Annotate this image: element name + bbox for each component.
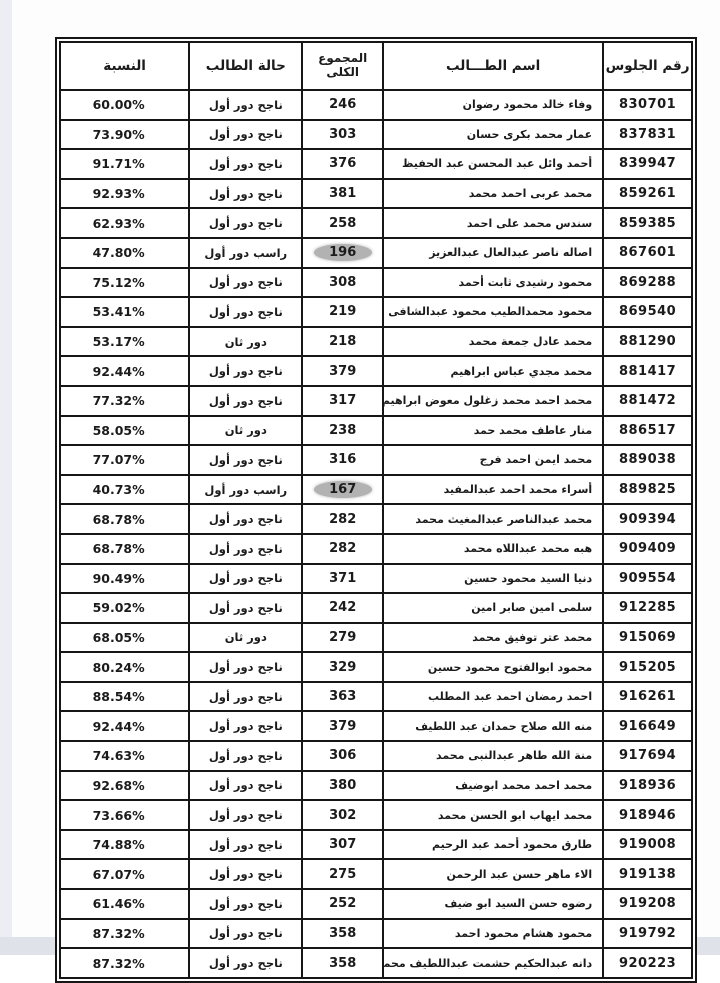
student-name-cell: دنيا السيد محمود حسين <box>383 564 603 594</box>
seat-cell: 889038 <box>603 445 692 475</box>
percent-cell: 53.41% <box>60 297 189 327</box>
results-table-header: رقم الجلوس اسم الطـــالب المجموع الكلى ح… <box>60 42 692 90</box>
seat-cell: 919008 <box>603 830 692 860</box>
percent-sign: % <box>132 186 145 201</box>
percent-cell: 73.66% <box>60 800 189 830</box>
status-cell: ناجح دور أول <box>189 593 302 623</box>
student-name-cell: محمد ايمن احمد فرج <box>383 445 603 475</box>
percent-value: 91.71 <box>93 156 133 171</box>
percent-value: 73.66 <box>93 808 133 823</box>
total-value: 252 <box>323 896 363 911</box>
student-name-cell: عمار محمد بكرى حسان <box>383 120 603 150</box>
percent-value: 67.07 <box>93 867 133 882</box>
status-cell: ناجح دور أول <box>189 208 302 238</box>
percent-value: 80.24 <box>93 660 133 675</box>
percent-cell: 67.07% <box>60 859 189 889</box>
percent-cell: 88.54% <box>60 682 189 712</box>
percent-cell: 74.63% <box>60 741 189 771</box>
percent-sign: % <box>132 689 145 704</box>
total-value: 219 <box>323 304 363 319</box>
percent-cell: 53.17% <box>60 327 189 357</box>
percent-cell: 87.32% <box>60 948 189 955</box>
results-tbody: 830701 وفاء خالد محمود رضوان 246 ناجح دو… <box>60 90 692 955</box>
student-name-cell: محمد احمد محمد ابوضيف <box>383 771 603 801</box>
header-total-line2: الكلى <box>326 65 359 79</box>
total-cell: 302 <box>302 800 383 830</box>
status-cell: ناجح دور أول <box>189 356 302 386</box>
percent-cell: 68.78% <box>60 504 189 534</box>
result-row: 859385 سندس محمد على احمد 258 ناجح دور أ… <box>60 208 692 238</box>
percent-value: 92.44 <box>93 719 133 734</box>
seat-cell: 915205 <box>603 652 692 682</box>
total-value: 358 <box>323 926 363 941</box>
student-name-cell: محمد مجدي عباس ابراهيم <box>383 356 603 386</box>
total-value: 196 <box>314 244 372 261</box>
total-cell: 306 <box>302 741 383 771</box>
status-cell: ناجح دور أول <box>189 120 302 150</box>
percent-value: 87.32 <box>93 926 133 941</box>
seat-cell: 837831 <box>603 120 692 150</box>
student-name-cell: محمود رشيدى ثابت أحمد <box>383 268 603 298</box>
student-name-cell: محمود ابوالفتوح محمود حسين <box>383 652 603 682</box>
result-row: 909554 دنيا السيد محمود حسين 371 ناجح دو… <box>60 564 692 594</box>
percent-cell: 87.32% <box>60 919 189 949</box>
result-row: 837831 عمار محمد بكرى حسان 303 ناجح دور … <box>60 120 692 150</box>
student-name-cell: سلمى امين صابر امين <box>383 593 603 623</box>
total-value: 258 <box>323 216 363 231</box>
seat-cell: 909554 <box>603 564 692 594</box>
percent-sign: % <box>132 630 145 645</box>
status-cell: دور ثان <box>189 416 302 446</box>
seat-cell: 917694 <box>603 741 692 771</box>
header-row: رقم الجلوس اسم الطـــالب المجموع الكلى ح… <box>60 42 692 90</box>
total-cell: 196 <box>302 238 383 268</box>
status-cell: راسب دور أول <box>189 238 302 268</box>
percent-value: 62.93 <box>93 216 133 231</box>
total-value: 329 <box>323 660 363 675</box>
result-row: 881417 محمد مجدي عباس ابراهيم 379 ناجح د… <box>60 356 692 386</box>
header-total: المجموع الكلى <box>302 42 383 90</box>
percent-value: 53.17 <box>93 334 133 349</box>
seat-cell: 881290 <box>603 327 692 357</box>
percent-sign: % <box>132 778 145 793</box>
percent-value: 92.68 <box>93 778 133 793</box>
percent-value: 60.00 <box>93 97 133 112</box>
total-value: 307 <box>323 837 363 852</box>
percent-value: 61.46 <box>93 896 133 911</box>
total-cell: 381 <box>302 179 383 209</box>
percent-sign: % <box>132 364 145 379</box>
header-student-name: اسم الطـــالب <box>383 42 603 90</box>
header-seat-no: رقم الجلوس <box>603 42 692 90</box>
seat-cell: 869288 <box>603 268 692 298</box>
result-row: 867601 اصاله ناصر عبدالعال عبدالعزيز 196… <box>60 238 692 268</box>
status-cell: ناجح دور أول <box>189 859 302 889</box>
percent-sign: % <box>132 216 145 231</box>
seat-cell: 909409 <box>603 534 692 564</box>
percent-sign: % <box>132 97 145 112</box>
percent-value: 74.63 <box>93 748 133 763</box>
student-name-cell: أسراء محمد احمد عبدالمفيد <box>383 475 603 505</box>
total-cell: 376 <box>302 149 383 179</box>
percent-sign: % <box>132 275 145 290</box>
student-name-cell: دانه عبدالحكيم حشمت عبداللطيف محمد <box>383 948 603 955</box>
result-row: 917694 منة الله طاهر عبدالنبى محمد 306 ن… <box>60 741 692 771</box>
seat-cell: 920223 <box>603 948 692 955</box>
percent-cell: 40.73% <box>60 475 189 505</box>
seat-cell: 839947 <box>603 149 692 179</box>
percent-cell: 92.93% <box>60 179 189 209</box>
total-cell: 275 <box>302 859 383 889</box>
total-cell: 219 <box>302 297 383 327</box>
percent-sign: % <box>132 808 145 823</box>
seat-cell: 859385 <box>603 208 692 238</box>
total-cell: 242 <box>302 593 383 623</box>
percent-value: 73.90 <box>93 127 133 142</box>
status-cell: ناجح دور أول <box>189 711 302 741</box>
result-row: 869540 محمود محمدالطيب محمود عبدالشافى 2… <box>60 297 692 327</box>
status-cell: ناجح دور أول <box>189 682 302 712</box>
seat-cell: 869540 <box>603 297 692 327</box>
status-cell: ناجح دور أول <box>189 830 302 860</box>
percent-sign: % <box>132 304 145 319</box>
percent-cell: 47.80% <box>60 238 189 268</box>
percent-cell: 92.44% <box>60 711 189 741</box>
percent-sign: % <box>132 482 145 497</box>
percent-value: 77.32 <box>93 393 133 408</box>
result-row: 830701 وفاء خالد محمود رضوان 246 ناجح دو… <box>60 90 692 120</box>
total-value: 218 <box>323 334 363 349</box>
seat-cell: 886517 <box>603 416 692 446</box>
percent-sign: % <box>132 512 145 527</box>
percent-cell: 92.44% <box>60 356 189 386</box>
total-value: 316 <box>323 452 363 467</box>
student-name-cell: احمد رمضان احمد عبد المطلب <box>383 682 603 712</box>
percent-value: 90.49 <box>93 571 133 586</box>
percent-sign: % <box>132 245 145 260</box>
status-cell: ناجح دور أول <box>189 948 302 955</box>
student-name-cell: أحمد وائل عبد المحسن عبد الحفيظ <box>383 149 603 179</box>
result-row: 889825 أسراء محمد احمد عبدالمفيد 167 راس… <box>60 475 692 505</box>
total-value: 380 <box>323 778 363 793</box>
result-row: 919792 محمود هشام محمود احمد 358 ناجح دو… <box>60 919 692 949</box>
total-cell: 363 <box>302 682 383 712</box>
total-value: 381 <box>323 186 363 201</box>
total-value: 379 <box>323 364 363 379</box>
result-row: 909409 هبه محمد عبداللاه محمد 282 ناجح د… <box>60 534 692 564</box>
result-row: 919138 الاء ماهر حسن عبد الرحمن 275 ناجح… <box>60 859 692 889</box>
percent-sign: % <box>132 926 145 941</box>
result-row: 839947 أحمد وائل عبد المحسن عبد الحفيظ 3… <box>60 149 692 179</box>
student-name-cell: محمد عربى احمد محمد <box>383 179 603 209</box>
percent-cell: 77.32% <box>60 386 189 416</box>
total-value: 238 <box>323 423 363 438</box>
seat-cell: 912285 <box>603 593 692 623</box>
total-cell: 379 <box>302 356 383 386</box>
total-cell: 218 <box>302 327 383 357</box>
status-cell: ناجح دور أول <box>189 90 302 120</box>
student-name-cell: طارق محمود أحمد عبد الرحيم <box>383 830 603 860</box>
percent-value: 75.12 <box>93 275 133 290</box>
percent-value: 58.05 <box>93 423 133 438</box>
percent-cell: 80.24% <box>60 652 189 682</box>
percent-sign: % <box>132 334 145 349</box>
percent-sign: % <box>132 867 145 882</box>
total-value: 242 <box>323 600 363 615</box>
result-row: 889038 محمد ايمن احمد فرج 316 ناجح دور أ… <box>60 445 692 475</box>
total-value: 363 <box>323 689 363 704</box>
percent-cell: 58.05% <box>60 416 189 446</box>
result-row: 909394 محمد عبدالناصر عبدالمغيث محمد 282… <box>60 504 692 534</box>
total-cell: 380 <box>302 771 383 801</box>
result-row: 859261 محمد عربى احمد محمد 381 ناجح دور … <box>60 179 692 209</box>
result-row: 916261 احمد رمضان احمد عبد المطلب 363 نا… <box>60 682 692 712</box>
student-name-cell: محمود هشام محمود احمد <box>383 919 603 949</box>
status-cell: ناجح دور أول <box>189 149 302 179</box>
status-cell: ناجح دور أول <box>189 534 302 564</box>
percent-cell: 90.49% <box>60 564 189 594</box>
student-name-cell: محمد ايهاب ابو الحسن محمد <box>383 800 603 830</box>
percent-sign: % <box>132 127 145 142</box>
result-row: 915205 محمود ابوالفتوح محمود حسين 329 نا… <box>60 652 692 682</box>
percent-cell: 68.05% <box>60 623 189 653</box>
total-value: 279 <box>323 630 363 645</box>
total-value: 282 <box>323 512 363 527</box>
percent-sign: % <box>132 452 145 467</box>
student-name-cell: محمد احمد محمد زغلول معوض ابراهيم <box>383 386 603 416</box>
percent-value: 68.78 <box>93 512 133 527</box>
percent-value: 59.02 <box>93 600 133 615</box>
percent-sign: % <box>132 393 145 408</box>
result-row: 916649 منه الله صلاح حمدان عبد اللطيف 37… <box>60 711 692 741</box>
percent-sign: % <box>132 748 145 763</box>
percent-value: 92.44 <box>93 364 133 379</box>
percent-value: 88.54 <box>93 689 133 704</box>
status-cell: ناجح دور أول <box>189 297 302 327</box>
student-name-cell: محمد عبدالناصر عبدالمغيث محمد <box>383 504 603 534</box>
student-name-cell: محمد عتر توفيق محمد <box>383 623 603 653</box>
status-cell: ناجح دور أول <box>189 268 302 298</box>
total-value: 167 <box>314 481 372 498</box>
seat-cell: 881472 <box>603 386 692 416</box>
total-cell: 246 <box>302 90 383 120</box>
header-percent: النسبة <box>60 42 189 90</box>
percent-value: 77.07 <box>93 452 133 467</box>
total-cell: 167 <box>302 475 383 505</box>
result-row: 881290 محمد عادل جمعة محمد 218 دور ثان 5… <box>60 327 692 357</box>
status-cell: ناجح دور أول <box>189 564 302 594</box>
percent-cell: 75.12% <box>60 268 189 298</box>
seat-cell: 916649 <box>603 711 692 741</box>
student-name-cell: منه الله صلاح حمدان عبد اللطيف <box>383 711 603 741</box>
percent-sign: % <box>132 541 145 556</box>
percent-value: 92.93 <box>93 186 133 201</box>
status-cell: راسب دور أول <box>189 475 302 505</box>
total-cell: 308 <box>302 268 383 298</box>
seat-cell: 830701 <box>603 90 692 120</box>
seat-cell: 916261 <box>603 682 692 712</box>
seat-cell: 915069 <box>603 623 692 653</box>
total-value: 275 <box>323 867 363 882</box>
percent-cell: 92.68% <box>60 771 189 801</box>
result-row: 869288 محمود رشيدى ثابت أحمد 308 ناجح دو… <box>60 268 692 298</box>
percent-value: 47.80 <box>93 245 133 260</box>
seat-cell: 859261 <box>603 179 692 209</box>
status-cell: ناجح دور أول <box>189 919 302 949</box>
seat-cell: 889825 <box>603 475 692 505</box>
result-row: 912285 سلمى امين صابر امين 242 ناجح دور … <box>60 593 692 623</box>
seat-cell: 919208 <box>603 889 692 919</box>
student-name-cell: محمد عادل جمعة محمد <box>383 327 603 357</box>
total-cell: 258 <box>302 208 383 238</box>
percent-cell: 68.78% <box>60 534 189 564</box>
percent-sign: % <box>132 660 145 675</box>
student-name-cell: وفاء خالد محمود رضوان <box>383 90 603 120</box>
status-cell: ناجح دور أول <box>189 741 302 771</box>
status-cell: ناجح دور أول <box>189 652 302 682</box>
total-value: 246 <box>323 97 363 112</box>
result-row: 881472 محمد احمد محمد زغلول معوض ابراهيم… <box>60 386 692 416</box>
results-table-frame: رقم الجلوس اسم الطـــالب المجموع الكلى ح… <box>55 37 697 955</box>
status-cell: ناجح دور أول <box>189 386 302 416</box>
total-cell: 303 <box>302 120 383 150</box>
result-row: 919008 طارق محمود أحمد عبد الرحيم 307 نا… <box>60 830 692 860</box>
percent-sign: % <box>132 423 145 438</box>
percent-cell: 91.71% <box>60 149 189 179</box>
total-cell: 358 <box>302 919 383 949</box>
total-cell: 307 <box>302 830 383 860</box>
total-value: 308 <box>323 275 363 290</box>
status-cell: دور ثان <box>189 623 302 653</box>
percent-cell: 60.00% <box>60 90 189 120</box>
total-value: 303 <box>323 127 363 142</box>
result-row: 915069 محمد عتر توفيق محمد 279 دور ثان 6… <box>60 623 692 653</box>
result-row: 920223 دانه عبدالحكيم حشمت عبداللطيف محم… <box>60 948 692 955</box>
result-row: 918946 محمد ايهاب ابو الحسن محمد 302 ناج… <box>60 800 692 830</box>
percent-cell: 62.93% <box>60 208 189 238</box>
percent-sign: % <box>132 600 145 615</box>
seat-cell: 918936 <box>603 771 692 801</box>
total-value: 282 <box>323 541 363 556</box>
student-name-cell: منة الله طاهر عبدالنبى محمد <box>383 741 603 771</box>
seat-cell: 867601 <box>603 238 692 268</box>
scan-edge-left <box>0 0 12 955</box>
percent-value: 40.73 <box>93 482 133 497</box>
percent-value: 74.88 <box>93 837 133 852</box>
percent-cell: 61.46% <box>60 889 189 919</box>
percent-sign: % <box>132 156 145 171</box>
total-value: 379 <box>323 719 363 734</box>
percent-sign: % <box>132 571 145 586</box>
result-row: 918936 محمد احمد محمد ابوضيف 380 ناجح دو… <box>60 771 692 801</box>
total-cell: 317 <box>302 386 383 416</box>
total-value: 306 <box>323 748 363 763</box>
status-cell: دور ثان <box>189 327 302 357</box>
seat-cell: 919792 <box>603 919 692 949</box>
total-cell: 238 <box>302 416 383 446</box>
percent-cell: 59.02% <box>60 593 189 623</box>
total-cell: 358 <box>302 948 383 955</box>
total-cell: 379 <box>302 711 383 741</box>
status-cell: ناجح دور أول <box>189 504 302 534</box>
status-cell: ناجح دور أول <box>189 445 302 475</box>
total-cell: 371 <box>302 564 383 594</box>
percent-sign: % <box>132 896 145 911</box>
status-cell: ناجح دور أول <box>189 889 302 919</box>
seat-cell: 909394 <box>603 504 692 534</box>
percent-cell: 74.88% <box>60 830 189 860</box>
total-cell: 282 <box>302 504 383 534</box>
student-name-cell: رضوه حسن السيد ابو ضيف <box>383 889 603 919</box>
result-row: 886517 منار عاطف محمد حمد 238 دور ثان 58… <box>60 416 692 446</box>
total-cell: 252 <box>302 889 383 919</box>
student-name-cell: هبه محمد عبداللاه محمد <box>383 534 603 564</box>
percent-sign: % <box>132 837 145 852</box>
student-name-cell: اصاله ناصر عبدالعال عبدالعزيز <box>383 238 603 268</box>
student-name-cell: الاء ماهر حسن عبد الرحمن <box>383 859 603 889</box>
student-name-cell: محمود محمدالطيب محمود عبدالشافى <box>383 297 603 327</box>
total-value: 317 <box>323 393 363 408</box>
student-name-cell: سندس محمد على احمد <box>383 208 603 238</box>
total-value: 302 <box>323 808 363 823</box>
total-cell: 316 <box>302 445 383 475</box>
percent-sign: % <box>132 719 145 734</box>
total-cell: 279 <box>302 623 383 653</box>
status-cell: ناجح دور أول <box>189 179 302 209</box>
result-row: 919208 رضوه حسن السيد ابو ضيف 252 ناجح د… <box>60 889 692 919</box>
percent-cell: 73.90% <box>60 120 189 150</box>
percent-value: 68.78 <box>93 541 133 556</box>
total-value: 376 <box>323 156 363 171</box>
seat-cell: 881417 <box>603 356 692 386</box>
total-value: 371 <box>323 571 363 586</box>
results-table: رقم الجلوس اسم الطـــالب المجموع الكلى ح… <box>59 41 693 955</box>
percent-value: 53.41 <box>93 304 133 319</box>
total-cell: 329 <box>302 652 383 682</box>
status-cell: ناجح دور أول <box>189 800 302 830</box>
header-total-line1: المجموع <box>318 51 367 65</box>
seat-cell: 919138 <box>603 859 692 889</box>
percent-value: 68.05 <box>93 630 133 645</box>
student-name-cell: منار عاطف محمد حمد <box>383 416 603 446</box>
status-cell: ناجح دور أول <box>189 771 302 801</box>
seat-cell: 918946 <box>603 800 692 830</box>
header-status: حالة الطالب <box>189 42 302 90</box>
scanned-results-page: رقم الجلوس اسم الطـــالب المجموع الكلى ح… <box>0 0 720 955</box>
total-cell: 282 <box>302 534 383 564</box>
percent-cell: 77.07% <box>60 445 189 475</box>
